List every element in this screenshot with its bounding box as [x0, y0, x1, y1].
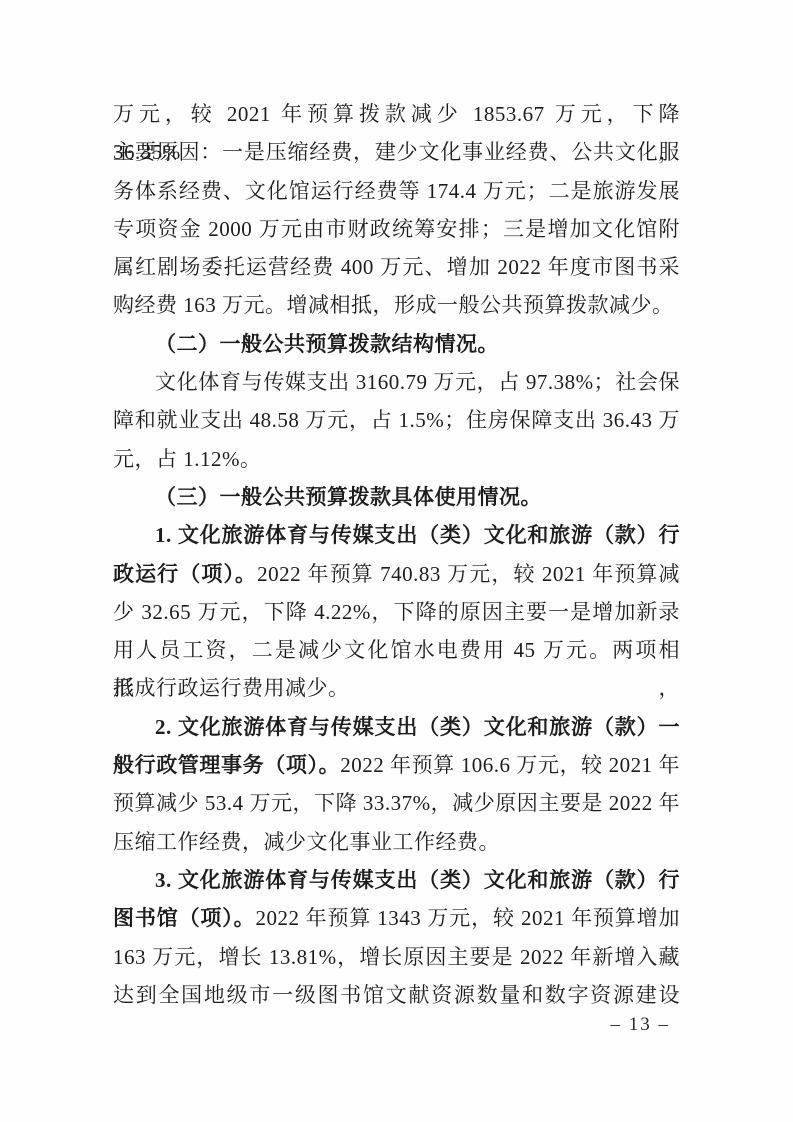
item-heading: 2. 文化旅游体育与传媒支出（类）文化和旅游（款）一 — [113, 708, 680, 746]
line-text: 属红剧场委托运营经费 400 万元、增加 2022 年度市图书采 — [113, 255, 680, 279]
line-text: 预算减少 53.4 万元，下降 33.37%，减少原因主要是 2022 年 — [113, 791, 680, 815]
text-line: 般行政管理事务（项）。2022 年预算 106.6 万元，较 2021 年 — [113, 746, 680, 784]
section-heading: （三）一般公共预算拨款具体使用情况。 — [113, 478, 680, 516]
line-text: 务体系经费、文化馆运行经费等 174.4 万元；二是旅游发展 — [113, 179, 680, 203]
line-bold-text: 般行政管理事务（项）。 — [113, 753, 340, 777]
text-line: 专项资金 2000 万元由市财政统筹安排；三是增加文化馆附 — [113, 210, 680, 248]
text-line: 务体系经费、文化馆运行经费等 174.4 万元；二是旅游发展 — [113, 172, 680, 210]
section-heading: （二）一般公共预算拨款结构情况。 — [113, 325, 680, 363]
line-text: 少 32.65 万元，下降 4.22%，下降的原因主要一是增加新录 — [113, 600, 680, 624]
text-line: 属红剧场委托运营经费 400 万元、增加 2022 年度市图书采 — [113, 248, 680, 286]
line-bold-text: 图书馆（项）。 — [113, 906, 256, 930]
text-line: 预算减少 53.4 万元，下降 33.37%，减少原因主要是 2022 年 — [113, 784, 680, 822]
line-text: 形成行政运行费用减少。 — [113, 676, 350, 700]
text-line: 政运行（项）。2022 年预算 740.83 万元，较 2021 年预算减 — [113, 555, 680, 593]
line-text: 压缩工作经费，减少文化事业工作经费。 — [113, 830, 500, 854]
line-bold-text: 3. 文化旅游体育与传媒支出（类）文化和旅游（款）行 — [155, 868, 680, 892]
text-line: 163 万元，增长 13.81%，增长原因主要是 2022 年新增入藏 — [113, 938, 680, 976]
text-line: 购经费 163 万元。增减相抵，形成一般公共预算拨款减少。 — [113, 286, 680, 324]
text-line: 少 32.65 万元，下降 4.22%，下降的原因主要一是增加新录 — [113, 593, 680, 631]
line-text: 达到全国地级市一级图书馆文献资源数量和数字资源建设 — [113, 983, 680, 1007]
text-line: 万元，较 2021 年预算拨款减少 1853.67 万元，下降 36.35%， — [113, 95, 680, 133]
line-text: 主要原因：一是压缩经费，建少文化事业经费、公共文化服 — [113, 140, 680, 164]
text-line: 达到全国地级市一级图书馆文献资源数量和数字资源建设 — [113, 976, 680, 1014]
text-line: 压缩工作经费，减少文化事业工作经费。 — [113, 823, 680, 861]
line-bold-text: 2. 文化旅游体育与传媒支出（类）文化和旅游（款）一 — [155, 715, 680, 739]
page-number: – 13 – — [611, 1012, 671, 1039]
document-text-block: 万元，较 2021 年预算拨款减少 1853.67 万元，下降 36.35%， … — [113, 95, 680, 1014]
item-heading: 1. 文化旅游体育与传媒支出（类）文化和旅游（款）行 — [113, 516, 680, 554]
line-bold-text: （三）一般公共预算拨款具体使用情况。 — [155, 485, 542, 509]
text-line: 主要原因：一是压缩经费，建少文化事业经费、公共文化服 — [113, 133, 680, 171]
text-line: 文化体育与传媒支出 3160.79 万元，占 97.38%；社会保 — [113, 363, 680, 401]
line-text: 2022 年预算 1343 万元，较 2021 年预算增加 — [256, 906, 681, 930]
line-text: 文化体育与传媒支出 3160.79 万元，占 97.38%；社会保 — [155, 370, 680, 394]
line-bold-text: 1. 文化旅游体育与传媒支出（类）文化和旅游（款）行 — [155, 523, 680, 547]
text-line: 用人员工资，二是减少文化馆水电费用 45 万元。两项相抵， — [113, 631, 680, 669]
line-text: 专项资金 2000 万元由市财政统筹安排；三是增加文化馆附 — [113, 217, 680, 241]
line-text: 2022 年预算 106.6 万元，较 2021 年 — [340, 753, 680, 777]
text-line: 障和就业支出 48.58 万元，占 1.5%；住房保障支出 36.43 万 — [113, 401, 680, 439]
text-line: 元，占 1.12%。 — [113, 440, 680, 478]
line-bold-text: （二）一般公共预算拨款结构情况。 — [155, 332, 499, 356]
line-text: 元，占 1.12%。 — [113, 447, 262, 471]
line-text: 障和就业支出 48.58 万元，占 1.5%；住房保障支出 36.43 万 — [113, 408, 680, 432]
document-page: 万元，较 2021 年预算拨款减少 1853.67 万元，下降 36.35%， … — [0, 0, 793, 1122]
line-text: 购经费 163 万元。增减相抵，形成一般公共预算拨款减少。 — [113, 293, 674, 317]
line-text: 163 万元，增长 13.81%，增长原因主要是 2022 年新增入藏 — [113, 945, 680, 969]
item-heading: 3. 文化旅游体育与传媒支出（类）文化和旅游（款）行 — [113, 861, 680, 899]
line-bold-text: 政运行（项）。 — [113, 562, 257, 586]
line-text: 2022 年预算 740.83 万元，较 2021 年预算减 — [257, 562, 680, 586]
text-line: 图书馆（项）。2022 年预算 1343 万元，较 2021 年预算增加 — [113, 899, 680, 937]
